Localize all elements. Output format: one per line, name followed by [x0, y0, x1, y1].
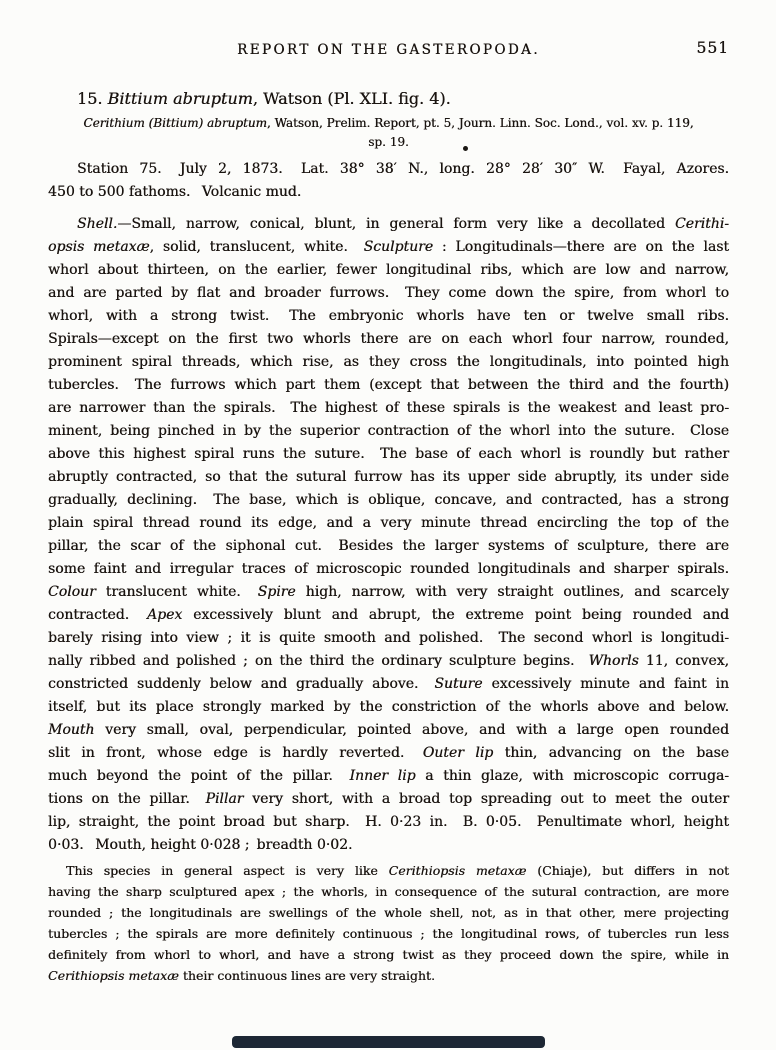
text-line: 450 to 500 fathoms. Volcanic mud. [48, 181, 729, 204]
text-line: minent, being pinched in by the superior… [48, 420, 729, 443]
text-line: tions on the pillar. Pillar very short, … [48, 788, 729, 811]
text-line: itself, but its place strongly marked by… [48, 696, 729, 719]
text-line: nally ribbed and polished ; on the third… [48, 650, 729, 673]
text-line: rounded ; the longitudinals are swelling… [48, 902, 729, 923]
text-line: some faint and irregular traces of micro… [48, 558, 729, 581]
text-line: are narrower than the spirals. The highe… [48, 397, 729, 420]
text-line: 15. Bittium abruptum, Watson (Pl. XLI. f… [48, 89, 729, 109]
scanned-book-page: REPORT ON THE GASTEROPODA. 551 15. Bitti… [0, 0, 776, 1050]
text-line: constricted suddenly below and gradually… [48, 673, 729, 696]
text-line: and are parted by flat and broader furro… [48, 282, 729, 305]
text-line: plain spiral thread round its edge, and … [48, 512, 729, 535]
text-line: Colour translucent white. Spire high, na… [48, 581, 729, 604]
text-line: Station 75. July 2, 1873. Lat. 38° 38′ N… [48, 158, 729, 181]
page-number: 551 [696, 39, 729, 57]
text-line: Spirals—except on the first two whorls t… [48, 328, 729, 351]
text-line: Cerithium (Bittium) abruptum, Watson, Pr… [48, 114, 729, 133]
text-line: barely rising into view ; it is quite sm… [48, 627, 729, 650]
comparison-note-paragraph: This species in general aspect is very l… [48, 860, 729, 986]
text-line: sp. 19. [48, 133, 729, 152]
text-line: abruptly contracted, so that the sutural… [48, 466, 729, 489]
text-line: gradually, declining. The base, which is… [48, 489, 729, 512]
text-line: contracted. Apex excessively blunt and a… [48, 604, 729, 627]
text-line: This species in general aspect is very l… [48, 860, 729, 881]
text-line: definitely from whorl to whorl, and have… [48, 944, 729, 965]
text-line: much beyond the point of the pillar. Inn… [48, 765, 729, 788]
text-line: Shell.—Small, narrow, conical, blunt, in… [48, 213, 729, 236]
text-line: whorl, with a strong twist. The embryoni… [48, 305, 729, 328]
text-line: lip, straight, the point broad but sharp… [48, 811, 729, 834]
text-line: prominent spiral threads, which rise, as… [48, 351, 729, 374]
shell-description-paragraph: Shell.—Small, narrow, conical, blunt, in… [48, 213, 729, 857]
home-indicator-bar [232, 1036, 545, 1048]
text-line: Cerithiopsis metaxæ their continuous lin… [48, 965, 729, 986]
text-line: tubercles ; the spirals are more definit… [48, 923, 729, 944]
text-line: whorl about thirteen, on the earlier, fe… [48, 259, 729, 282]
ink-speck-artifact [463, 146, 468, 151]
text-line: above this highest spiral runs the sutur… [48, 443, 729, 466]
species-heading: 15. Bittium abruptum, Watson (Pl. XLI. f… [48, 89, 729, 109]
text-line: 0·03. Mouth, height 0·028 ; breadth 0·02… [48, 834, 729, 857]
running-head: REPORT ON THE GASTEROPODA. [48, 42, 729, 58]
text-line: opsis metaxæ, solid, translucent, white.… [48, 236, 729, 259]
text-line: slit in front, whose edge is hardly reve… [48, 742, 729, 765]
text-line: pillar, the scar of the siphonal cut. Be… [48, 535, 729, 558]
text-line: having the sharp sculptured apex ; the w… [48, 881, 729, 902]
station-paragraph: Station 75. July 2, 1873. Lat. 38° 38′ N… [48, 158, 729, 204]
synonymy-citation: Cerithium (Bittium) abruptum, Watson, Pr… [48, 114, 729, 151]
text-line: Mouth very small, oval, perpendicular, p… [48, 719, 729, 742]
text-line: tubercles. The furrows which part them (… [48, 374, 729, 397]
